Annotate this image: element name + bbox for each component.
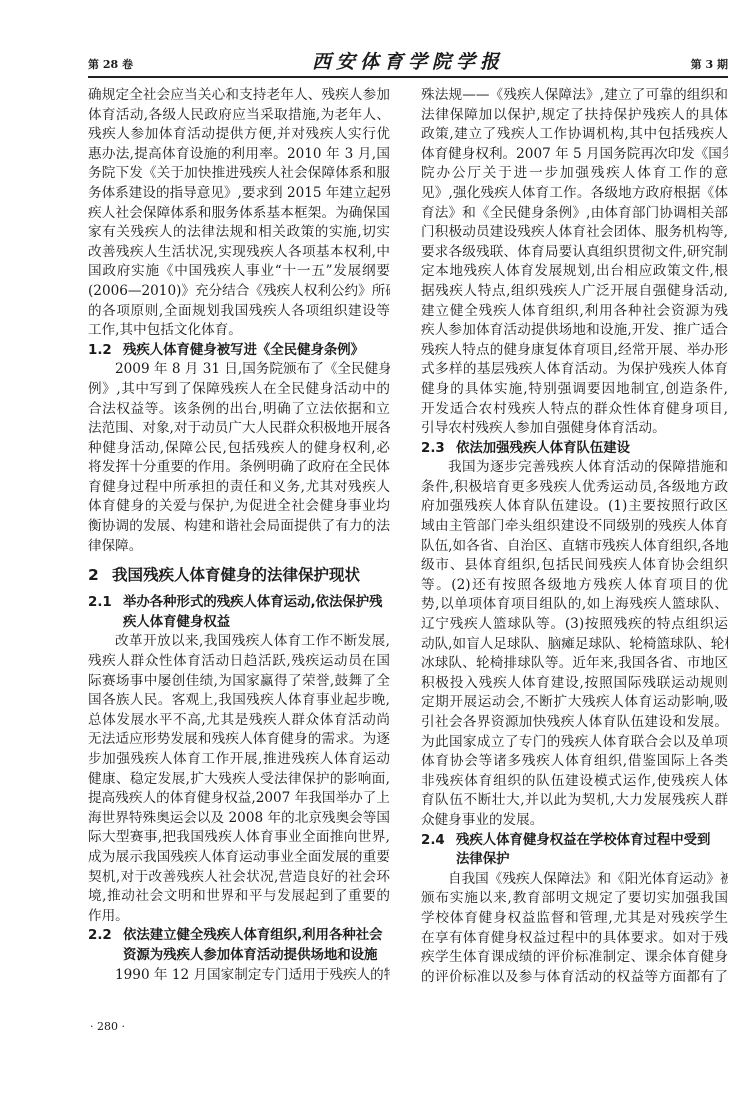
text-line: 定本地残疾人体育发展规划,出台相应政策文件,根 <box>421 262 728 282</box>
text-line: 改革开放以来,我国残疾人体育工作不断发展, <box>88 632 390 652</box>
text-line: 门积极动员建设残疾人体育社会团体、服务机构等, <box>421 223 728 243</box>
text-line: 体育健身的关爱与保护,为促进全社会健身事业均 <box>88 497 390 517</box>
text-line: 殊法规——《残疾人保障法》,建立了可靠的组织和 <box>421 86 728 106</box>
text-line: 颁布实施以来,教育部明文规定了要切实加强我国 <box>421 889 728 909</box>
text-line: 动队,如盲人足球队、脑瘫足球队、轮椅篮球队、轮椅 <box>421 635 728 655</box>
text-line: (2006—2010)》充分结合《残疾人权利公约》所确定 <box>88 282 390 302</box>
text-line: 提高残疾人的体育健身权益,2007 年我国举办了上 <box>88 789 390 809</box>
subsection-heading-continued: 疾人体育健身权益 <box>88 613 390 633</box>
text-line: 体育协会等诸多残疾人体育组织,借鉴国际上各类 <box>421 752 728 772</box>
text-line: 工作,其中包括文化体育。 <box>88 321 390 341</box>
text-line: 要求各级残联、体育局要认真组织贯彻文件,研究制 <box>421 243 728 263</box>
text-line: 种健身活动,保障公民,包括残疾人的健身权利,必 <box>88 439 390 459</box>
subsection-heading-continued: 法律保护 <box>421 850 728 870</box>
heading-number: 2.3 <box>421 439 456 459</box>
text-line: 辽宁残疾人篮球队等。(3)按照残疾的特点组织运 <box>421 615 728 635</box>
heading-text: 残疾人体育健身被写进《全民健身条例》 <box>123 343 364 358</box>
text-line: 队伍,如各省、自治区、直辖市残疾人体育组织,各地 <box>421 537 728 557</box>
text-line: 非残疾体育组织的队伍建设模式运作,使残疾人体 <box>421 772 728 792</box>
text-line: 合法权益等。该条例的出台,明确了立法依据和立 <box>88 400 390 420</box>
text-line: 级市、县体育组织,包括民间残疾人体育协会组织 <box>421 556 728 576</box>
heading-text: 我国残疾人体育健身的法律保护现状 <box>112 566 360 584</box>
text-line: 我国为逐步完善残疾人体育活动的保障措施和 <box>421 458 728 478</box>
text-line: 2009 年 8 月 31 日,国务院颁布了《全民健身条 <box>88 360 390 380</box>
text-line: 冰球队、轮椅排球队等。近年来,我国各省、市地区 <box>421 654 728 674</box>
heading-number: 2.1 <box>88 593 123 613</box>
text-line: 引导农村残疾人参加自强健身体育活动。 <box>421 419 728 439</box>
heading-text: 依法加强残疾人体育队伍建设 <box>456 441 630 456</box>
text-line: 学校体育健身权益监督和管理,尤其是对残疾学生 <box>421 909 728 929</box>
text-line: 境,推动社会文明和世界和平与发展起到了重要的 <box>88 887 390 907</box>
text-line: 势,以单项体育项目组队的,如上海残疾人篮球队、 <box>421 595 728 615</box>
heading-number: 2.4 <box>421 831 456 851</box>
page-number: · 280 · <box>90 1020 125 1033</box>
text-line: 家有关残疾人的法律法规和相关政策的实施,切实 <box>88 223 390 243</box>
heading-text: 举办各种形式的残疾人体育运动,依法保护残 <box>123 595 383 610</box>
heading-number: 1.2 <box>88 341 123 361</box>
heading-number: 2 <box>88 560 112 590</box>
text-line: 步加强残疾人体育工作开展,推进残疾人体育运动 <box>88 750 390 770</box>
header-rule <box>88 76 728 78</box>
text-line: 残疾人特点的健身康复体育项目,经常开展、举办形 <box>421 341 728 361</box>
text-line: 在享有体育健身权益过程中的具体要求。如对于残 <box>421 929 728 949</box>
text-line: 条件,积极培育更多残疾人优秀运动员,各级地方政 <box>421 478 728 498</box>
issue-label: 第 3 期 <box>691 56 728 72</box>
text-line: 据残疾人特点,组织残疾人广泛开展自强健身活动, <box>421 282 728 302</box>
subsection-heading: 2.1举办各种形式的残疾人体育运动,依法保护残 <box>88 593 390 613</box>
text-line: 健康、稳定发展,扩大残疾人受法律保护的影响面, <box>88 770 390 790</box>
journal-title: 西安体育学院学报 <box>88 47 728 74</box>
text-line: 为此国家成立了专门的残疾人体育联合会以及单项 <box>421 733 728 753</box>
text-line: 法范围、对象,对于动员广大人民群众积极地开展各 <box>88 419 390 439</box>
text-line: 海世界特殊奥运会以及 2008 年的北京残奥会等国 <box>88 809 390 829</box>
text-line: 域由主管部门牵头组织建设不同级别的残疾人体育 <box>421 517 728 537</box>
text-line: 成为展示我国残疾人体育运动事业全面发展的重要 <box>88 848 390 868</box>
text-line: 积极投入残疾人体育建设,按照国际残联运动规则 <box>421 674 728 694</box>
subsection-heading: 2.2依法建立健全残疾人体育组织,利用各种社会 <box>88 926 390 946</box>
text-line: 残疾人参加体育活动提供方便,并对残疾人实行优 <box>88 125 390 145</box>
text-line: 育法》和《全民健身条例》,由体育部门协调相关部 <box>421 204 728 224</box>
subsection-heading-continued: 资源为残疾人参加体育活动提供场地和设施 <box>88 946 390 966</box>
text-line: 疾人参加体育活动提供场地和设施,开发、推广适合 <box>421 321 728 341</box>
text-line: 将发挥十分重要的作用。条例明确了政府在全民体 <box>88 458 390 478</box>
text-line: 残疾人群众性体育活动日趋活跃,残疾运动员在国 <box>88 652 390 672</box>
text-line: 育队伍不断壮大,并以此为契机,大力发展残疾人群 <box>421 791 728 811</box>
text-line: 无法适应形势发展和残疾人体育健身的需求。为逐 <box>88 730 390 750</box>
text-line: 引社会各界资源加快残疾人体育队伍建设和发展。 <box>421 713 728 733</box>
text-line: 总体发展水平不高,尤其是残疾人群众体育活动尚 <box>88 711 390 731</box>
text-line: 作用。 <box>88 907 390 927</box>
text-line: 律保障。 <box>88 537 390 557</box>
text-line: 定期开展运动会,不断扩大残疾人体育运动影响,吸 <box>421 693 728 713</box>
text-line: 政策,建立了残疾人工作协调机构,其中包括残疾人 <box>421 125 728 145</box>
text-line: 开发适合农村残疾人特点的群众性体育健身项目, <box>421 400 728 420</box>
text-line: 体育活动,各级人民政府应当采取措施,为老年人、 <box>88 106 390 126</box>
text-line: 自我国《残疾人保障法》和《阳光体育运动》被 <box>421 870 728 890</box>
text-line: 务体系建设的指导意见》,要求到 2015 年建立起残 <box>88 184 390 204</box>
text-line: 确规定全社会应当关心和支持老年人、残疾人参加 <box>88 86 390 106</box>
text-line: 务院下发《关于加快推进残疾人社会保障体系和服 <box>88 164 390 184</box>
text-line: 际大型赛事,把我国残疾人体育事业全面推向世界, <box>88 828 390 848</box>
text-line: 国各族人民。客观上,我国残疾人体育事业起步晚, <box>88 691 390 711</box>
running-header: 第 28 卷 西安体育学院学报 第 3 期 <box>88 52 728 76</box>
text-line: 衡协调的发展、构建和谐社会局面提供了有力的法 <box>88 517 390 537</box>
text-line: 的各项原则,全面规划我国残疾人各项组织建设等 <box>88 302 390 322</box>
text-line: 疾学生体育课成绩的评价标准制定、课余体育健身 <box>421 948 728 968</box>
subsection-heading: 2.3依法加强残疾人体育队伍建设 <box>421 439 728 459</box>
heading-number: 2.2 <box>88 926 123 946</box>
text-line: 式多样的基层残疾人体育活动。为保护残疾人体育 <box>421 360 728 380</box>
text-line: 等。(2)还有按照各级地方残疾人体育项目的优 <box>421 576 728 596</box>
subsection-heading: 1.2残疾人体育健身被写进《全民健身条例》 <box>88 341 390 361</box>
text-line: 健身的具体实施,特别强调要因地制宜,创造条件, <box>421 380 728 400</box>
text-line: 的评价标准以及参与体育活动的权益等方面都有了 <box>421 968 728 988</box>
text-line: 际赛场事中屡创佳绩,为国家赢得了荣誉,鼓舞了全 <box>88 672 390 692</box>
text-line: 1990 年 12 月国家制定专门适用于残疾人的特 <box>88 966 390 986</box>
heading-text: 残疾人体育健身权益在学校体育过程中受到 <box>456 833 710 848</box>
text-line: 见》,强化残疾人体育工作。各级地方政府根据《体 <box>421 184 728 204</box>
text-line: 体育健身权利。2007 年 5 月国务院再次印发《国务 <box>421 145 728 165</box>
subsection-heading: 2.4残疾人体育健身权益在学校体育过程中受到 <box>421 831 728 851</box>
text-line: 法律保障加以保护,规定了扶持保护残疾人的具体 <box>421 106 728 126</box>
text-line: 府加强残疾人体育队伍建设。(1)主要按照行政区 <box>421 497 728 517</box>
text-line: 契机,对于改善残疾人社会状况,营造良好的社会环 <box>88 868 390 888</box>
right-column: 殊法规——《残疾人保障法》,建立了可靠的组织和法律保障加以保护,规定了扶持保护残… <box>421 86 728 987</box>
text-line: 众健身事业的发展。 <box>421 811 728 831</box>
left-column: 确规定全社会应当关心和支持老年人、残疾人参加体育活动,各级人民政府应当采取措施,… <box>88 86 390 985</box>
text-line: 育健身过程中所承担的责任和义务,尤其对残疾人 <box>88 478 390 498</box>
text-line: 疾人社会保障体系和服务体系基本框架。为确保国 <box>88 204 390 224</box>
text-line: 例》,其中写到了保障残疾人在全民健身活动中的 <box>88 380 390 400</box>
heading-text: 依法建立健全残疾人体育组织,利用各种社会 <box>123 928 383 943</box>
text-line: 改善残疾人生活状况,实现残疾人各项基本权利,中 <box>88 243 390 263</box>
text-line: 惠办法,提高体育设施的利用率。2010 年 3 月,国 <box>88 145 390 165</box>
text-line: 建立健全残疾人体育组织,利用各种社会资源为残 <box>421 302 728 322</box>
text-line: 院办公厅关于进一步加强残疾人体育工作的意 <box>421 164 728 184</box>
section-heading: 2我国残疾人体育健身的法律保护现状 <box>88 560 390 590</box>
text-line: 国政府实施《中国残疾人事业“十一五”发展纲要 <box>88 262 390 282</box>
